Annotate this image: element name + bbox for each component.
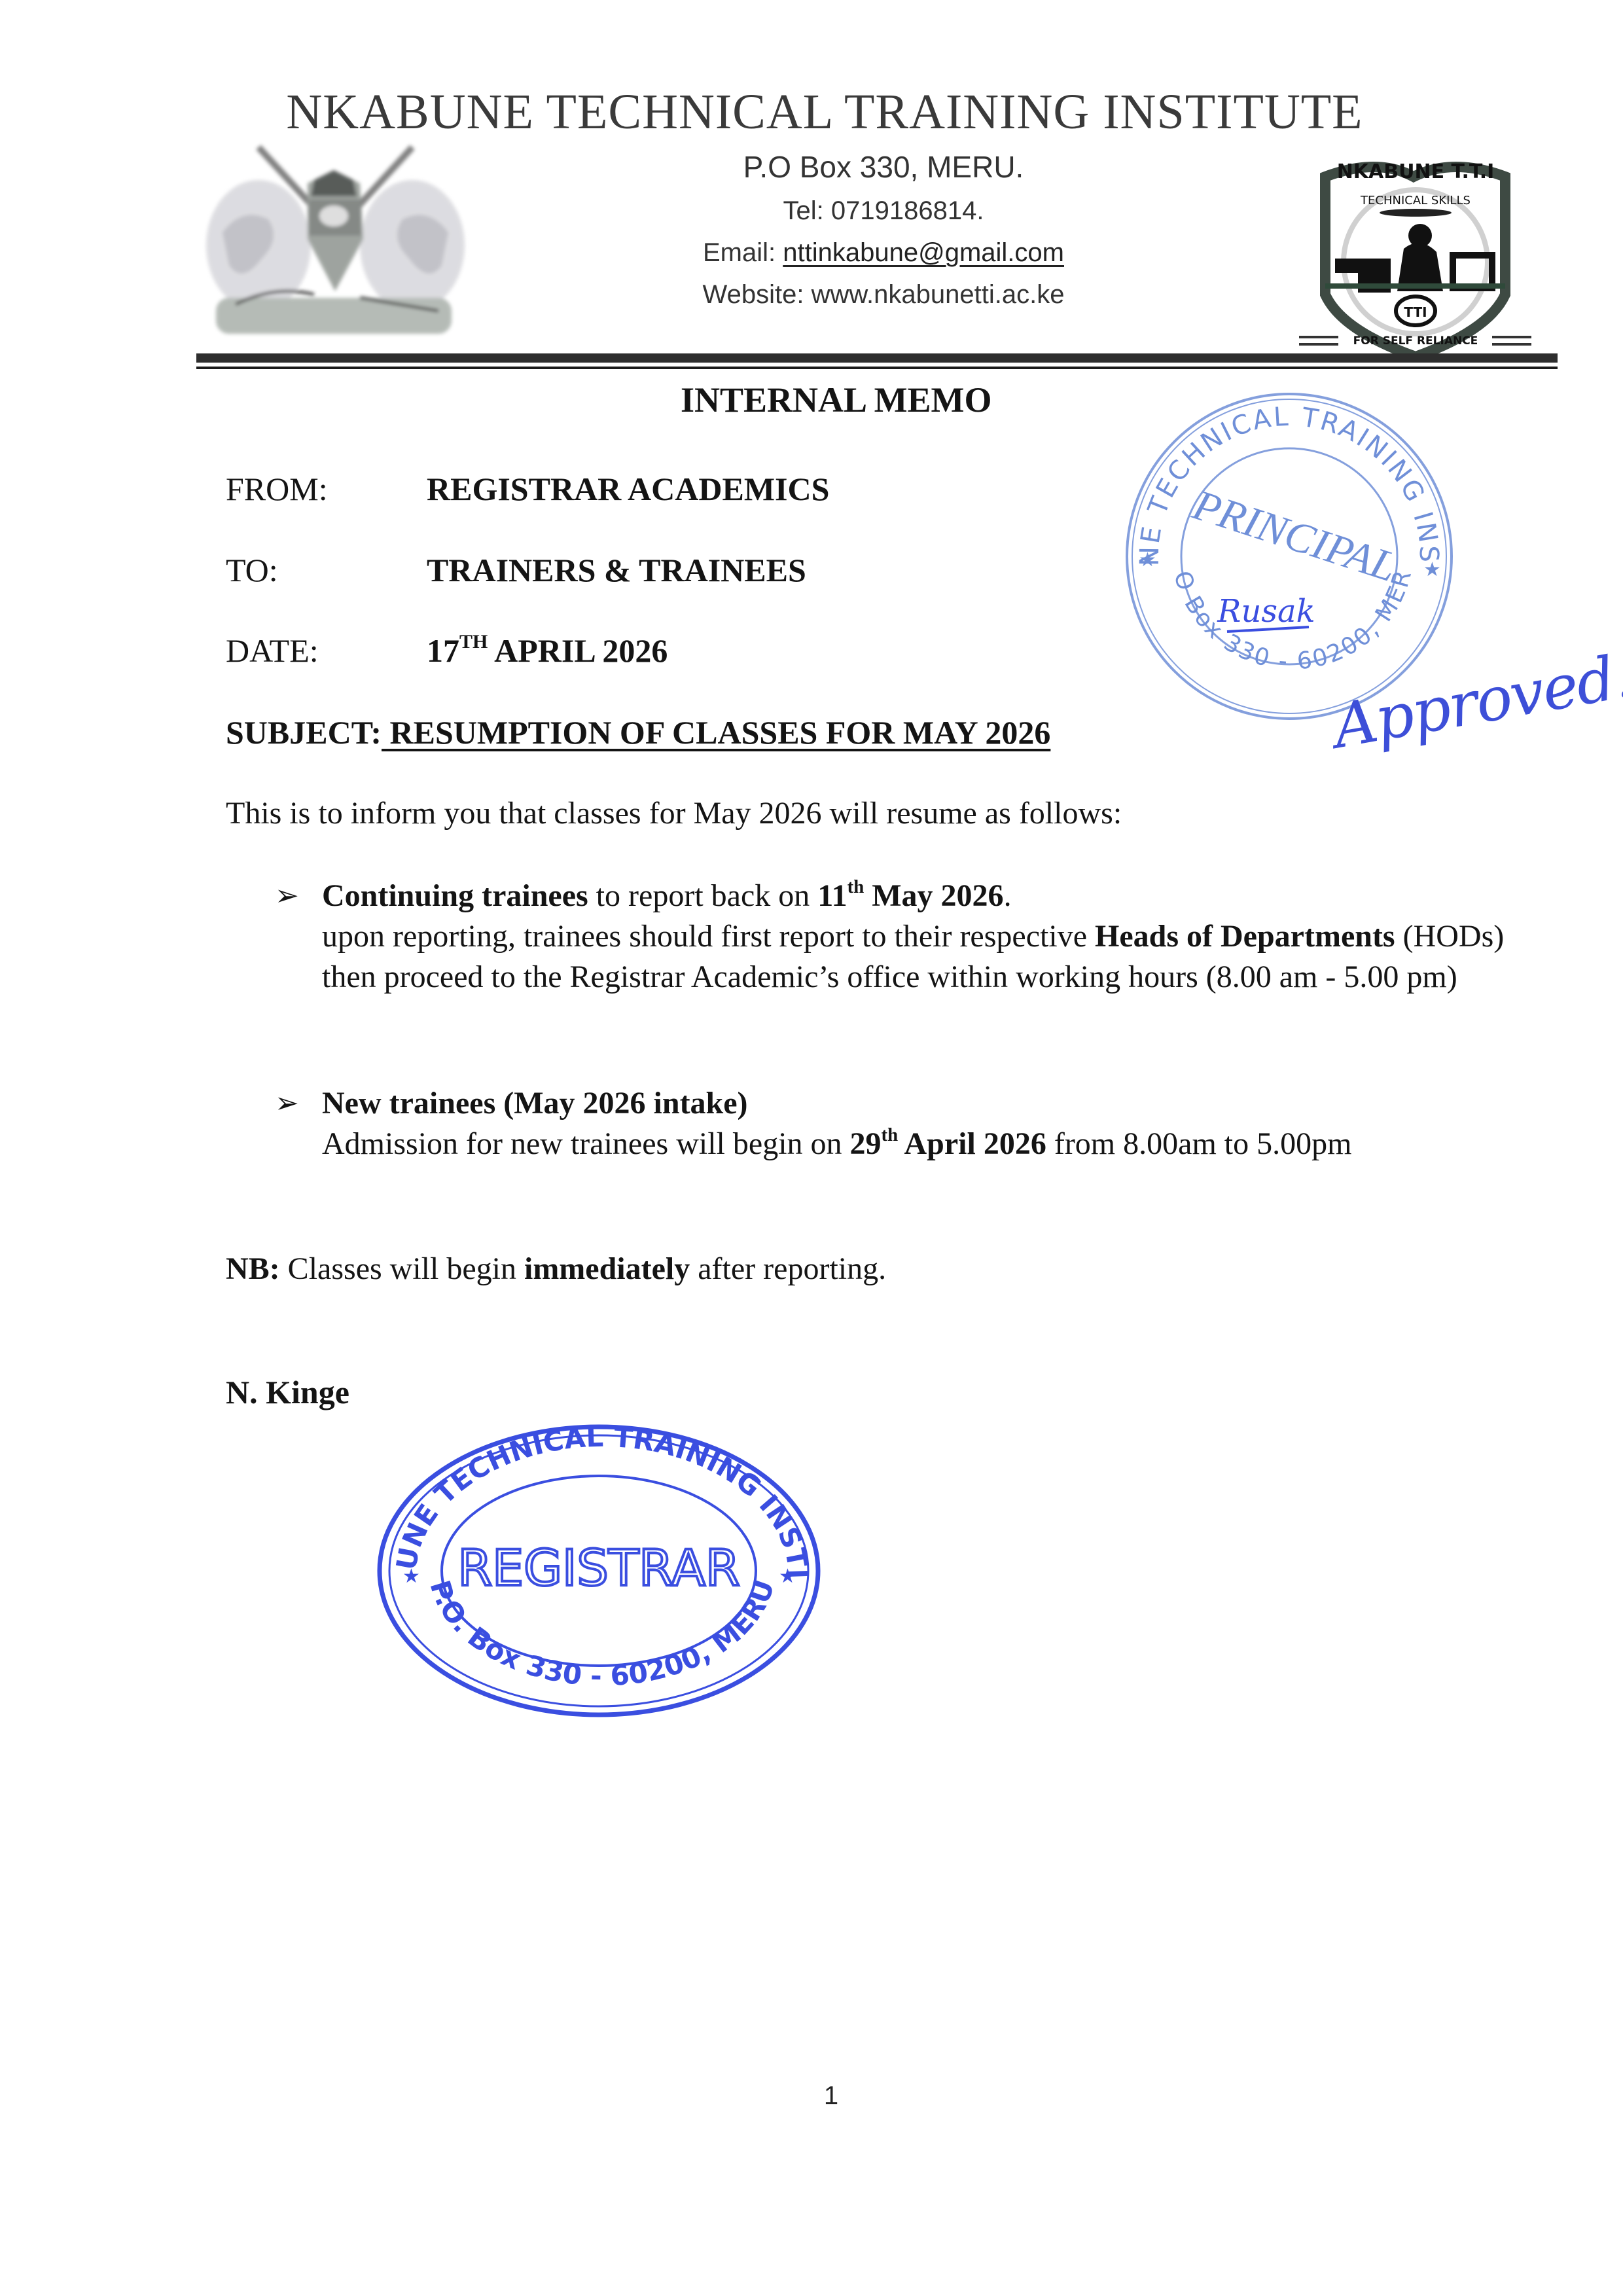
svg-text:NKABUNE T.T.I: NKABUNE T.T.I <box>1337 160 1495 183</box>
bullet-detail: Admission for new trainees will begin on… <box>322 1124 1518 1164</box>
list-item-new-trainees: ➢ New trainees (May 2026 intake) Admissi… <box>275 1083 1518 1164</box>
bullet-lead-text: to report back on <box>588 878 818 913</box>
date-month-year: APRIL 2026 <box>488 632 668 669</box>
detail-bold: Heads of Departments <box>1095 919 1395 954</box>
email-label: Email: <box>703 238 776 267</box>
institute-logo-icon: NKABUNE T.T.I TECHNICAL SKILLS TTI FOR S… <box>1299 151 1531 360</box>
arrow-bullet-icon: ➢ <box>275 1083 299 1124</box>
principal-signature: Rusak <box>1217 593 1315 630</box>
svg-text:★: ★ <box>1139 549 1156 571</box>
subject-label: SUBJECT: <box>226 714 382 751</box>
intro-paragraph: This is to inform you that classes for M… <box>226 793 1122 834</box>
svg-text:TTI: TTI <box>1404 304 1427 320</box>
to-label: TO: <box>226 551 278 589</box>
signatory-name: N. Kinge <box>226 1373 349 1411</box>
email-link[interactable]: nttinkabune@gmail.com <box>783 238 1064 267</box>
from-label: FROM: <box>226 470 328 508</box>
list-item-continuing-trainees: ➢ Continuing trainees to report back on … <box>275 876 1518 997</box>
bullet-lead: Continuing trainees to report back on 11… <box>322 876 1518 916</box>
date-suffix: TH <box>459 631 488 653</box>
tel-number: 0719186814. <box>831 196 984 225</box>
subject-text: RESUMPTION OF CLASSES FOR MAY 2026 <box>382 714 1050 751</box>
header-divider-thin <box>196 367 1558 369</box>
telephone-line: Tel: 0719186814. <box>556 196 1211 226</box>
from-value: REGISTRAR ACADEMICS <box>427 470 829 508</box>
admission-date: 29th April 2026 <box>850 1126 1046 1161</box>
institution-name: NKABUNE TECHNICAL TRAINING INSTITUTE <box>196 84 1453 141</box>
header-divider-thick <box>196 353 1558 363</box>
svg-text:★: ★ <box>402 1566 420 1587</box>
nb-label: NB: <box>226 1251 280 1286</box>
bullet-end: . <box>1004 878 1012 913</box>
svg-text:REGISTRAR: REGISTRAR <box>457 1539 740 1597</box>
bullet-lead-bold: New trainees (May 2026 intake) <box>322 1086 748 1121</box>
bullet-lead: New trainees (May 2026 intake) <box>322 1083 1518 1124</box>
subject-line: SUBJECT: RESUMPTION OF CLASSES FOR MAY 2… <box>226 713 1050 751</box>
website-line: Website: www.nkabunetti.ac.ke <box>556 280 1211 310</box>
svg-text:★: ★ <box>779 1566 796 1587</box>
principal-stamp-icon: NKABUNE TECHNICAL TRAINING INSTITUTE P.O… <box>1113 380 1479 720</box>
detail-text: Admission for new trainees will begin on <box>322 1126 850 1161</box>
memo-title: INTERNAL MEMO <box>681 380 992 420</box>
date-value: 17TH APRIL 2026 <box>427 632 668 670</box>
postal-address: P.O Box 330, MERU. <box>556 149 1211 185</box>
report-date: 11th May 2026 <box>817 878 1003 913</box>
bullet-detail: upon reporting, trainees should first re… <box>322 916 1518 997</box>
coat-of-arms-icon <box>196 134 471 344</box>
registrar-stamp-icon: NKABUNE TECHNICAL TRAINING INSTITUTE P.O… <box>370 1414 828 1721</box>
date-day: 17 <box>427 632 459 669</box>
svg-text:PRINCIPAL: PRINCIPAL <box>1186 480 1402 591</box>
to-value: TRAINERS & TRAINEES <box>427 551 806 589</box>
svg-text:★: ★ <box>1423 559 1441 581</box>
detail-text-2: from 8.00am to 5.00pm <box>1046 1126 1352 1161</box>
svg-text:FOR SELF RELIANCE: FOR SELF RELIANCE <box>1353 334 1478 348</box>
date-label: DATE: <box>226 632 319 670</box>
svg-text:TECHNICAL SKILLS: TECHNICAL SKILLS <box>1360 194 1471 207</box>
nb-note: NB: Classes will begin immediately after… <box>226 1249 886 1289</box>
website-link[interactable]: www.nkabunetti.ac.ke <box>811 280 1065 309</box>
bullet-lead-bold: Continuing trainees <box>322 878 588 913</box>
nb-emphasis: immediately <box>524 1251 690 1286</box>
page-number: 1 <box>785 2081 877 2111</box>
detail-text: upon reporting, trainees should first re… <box>322 919 1095 954</box>
email-line: Email: nttinkabune@gmail.com <box>556 238 1211 268</box>
website-label: Website: <box>703 280 804 309</box>
tel-label: Tel: <box>783 196 824 225</box>
arrow-bullet-icon: ➢ <box>275 876 299 916</box>
